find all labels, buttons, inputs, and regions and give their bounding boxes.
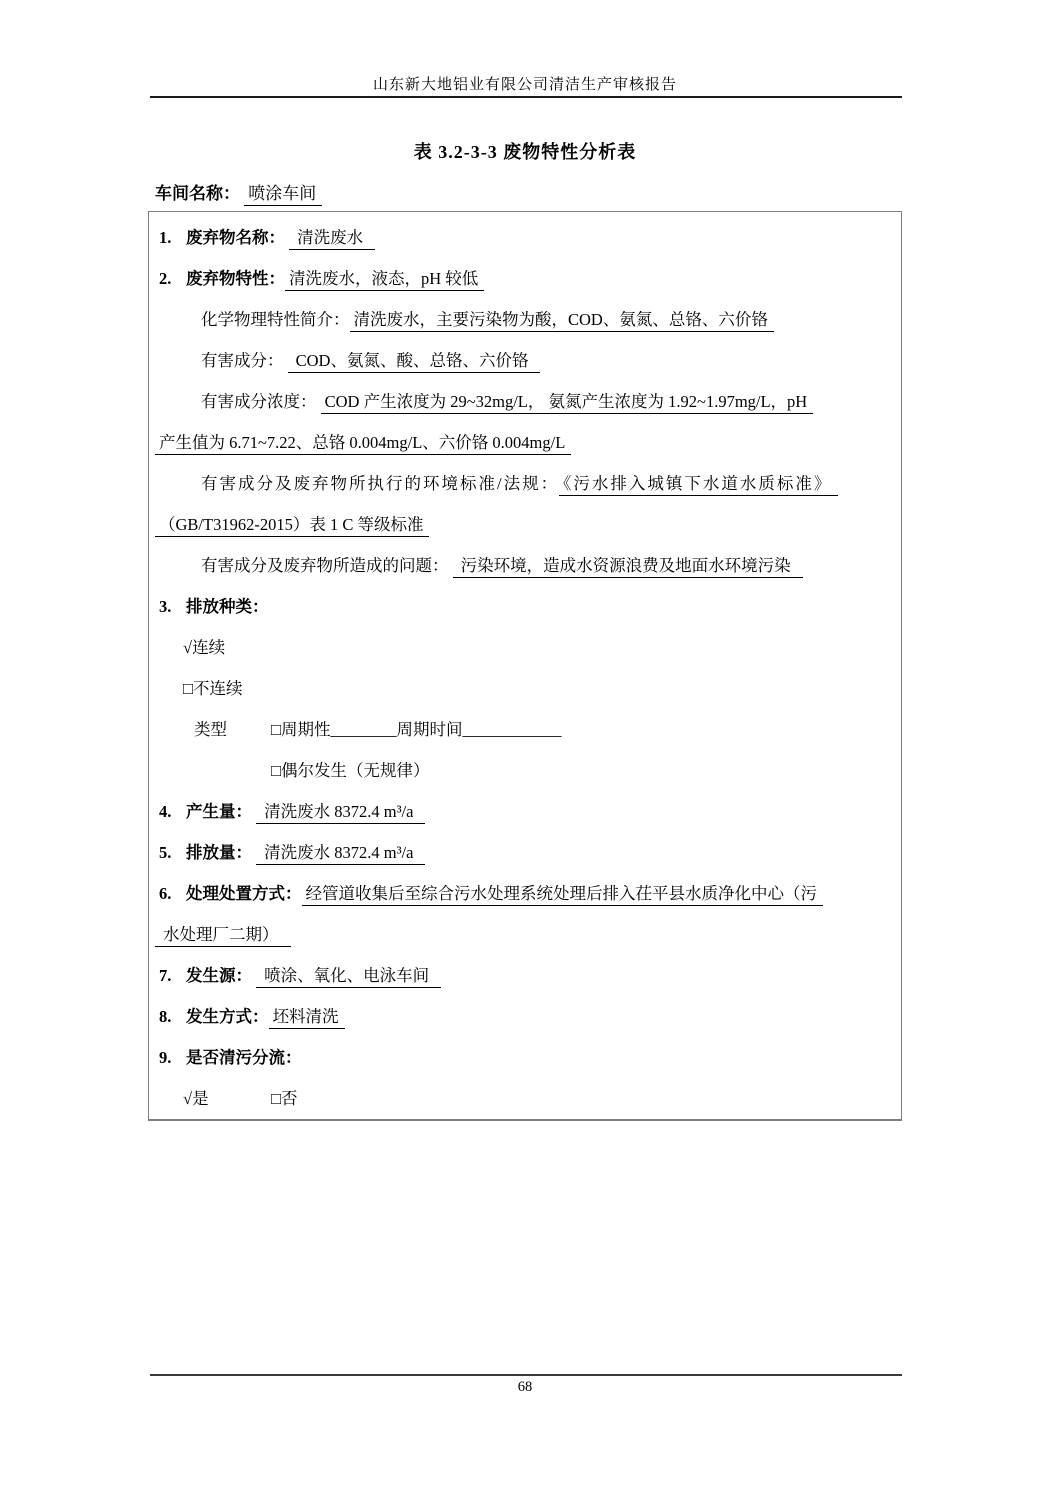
field-value: 水处理厂二期） xyxy=(155,925,291,947)
field-value: 清洗废水 xyxy=(289,228,375,250)
option-label: 不连续 xyxy=(193,679,243,698)
field-label: 处理处置方式： xyxy=(186,884,302,903)
field-label: 有害成分及废弃物所造成的问题： xyxy=(201,556,449,575)
table-row-discontinuous-option: □不连续 xyxy=(149,668,901,709)
table-row-chem-physical-intro: 化学物理特性简介：清洗废水，主要污染物为酸，COD、氨氮、总铬、六价铬 xyxy=(149,299,901,340)
field-label: 产生量： xyxy=(186,802,252,821)
field-value: 清洗废水，液态，pH 较低 xyxy=(285,269,484,291)
table-row-problems-caused: 有害成分及废弃物所造成的问题： 污染环境，造成水资源浪费及地面水环境污染 xyxy=(149,545,901,586)
field-value: 坯料清洗 xyxy=(269,1007,345,1029)
footer-divider xyxy=(150,1374,902,1376)
table-row-generation-source: 7.发生源： 喷涂、氧化、电泳车间 xyxy=(149,955,901,996)
field-value: 喷涂、氧化、电泳车间 xyxy=(256,966,441,988)
field-label: 发生源： xyxy=(186,966,252,985)
field-label: 排放种类： xyxy=(186,597,269,616)
report-header: 山东新大地铝业有限公司清洁生产审核报告 xyxy=(0,73,1050,94)
checkbox-icon: □ xyxy=(271,761,281,780)
header-divider xyxy=(150,96,902,98)
blank-line: ________ xyxy=(330,720,396,739)
field-value: 清洗废水 8372.4 m³/a xyxy=(256,802,425,824)
table-row-generation-amount: 4.产生量： 清洗废水 8372.4 m³/a xyxy=(149,791,901,832)
table-row-treatment-method: 6.处理处置方式：经管道收集后至综合污水处理系统处理后排入茌平县水质净化中心（污 xyxy=(149,873,901,914)
checkbox-icon: □ xyxy=(271,1089,281,1108)
option-label: 否 xyxy=(281,1089,298,1108)
yes-option: √是 xyxy=(183,1078,271,1119)
checkmark-icon: √ xyxy=(183,1089,192,1108)
field-label: 有害成分： xyxy=(201,351,284,370)
item-number: 5. xyxy=(159,832,186,873)
document-page: 山东新大地铝业有限公司清洁生产审核报告 表 3.2-3-3 废物特性分析表 车间… xyxy=(0,0,1050,1485)
workshop-name-line: 车间名称： 喷涂车间 xyxy=(155,179,322,204)
field-label: 排放量： xyxy=(186,843,252,862)
table-row-generation-mode: 8.发生方式：坯料清洗 xyxy=(149,996,901,1037)
option-label: 周期性 xyxy=(281,720,331,739)
table-row-concentration-continued: 产生值为 6.71~7.22、总铬 0.004mg/L、六价铬 0.004mg/… xyxy=(149,422,901,463)
field-label: 废弃物特性： xyxy=(186,269,285,288)
item-number: 6. xyxy=(159,873,186,914)
table-row-treatment-continued: 水处理厂二期） xyxy=(149,914,901,955)
waste-analysis-table: 1.废弃物名称： 清洗废水 2.废弃物特性：清洗废水，液态，pH 较低 化学物理… xyxy=(148,211,902,1121)
item-number: 7. xyxy=(159,955,186,996)
checkmark-icon: √ xyxy=(183,638,192,657)
option-label: 连续 xyxy=(192,638,225,657)
table-row-clean-sewage-diversion: 9.是否清污分流： xyxy=(149,1037,901,1078)
field-label: 类型 xyxy=(194,709,271,750)
table-row-discharge-type: 3.排放种类： xyxy=(149,586,901,627)
blank-line: ____________ xyxy=(462,720,561,739)
page-number: 68 xyxy=(0,1379,1050,1396)
field-label: 发生方式： xyxy=(186,1007,269,1026)
table-row-standard-continued: （GB/T31962-2015）表 1 C 等级标准 xyxy=(149,504,901,545)
table-row-environment-standard: 有害成分及废弃物所执行的环境标准/法规：《污水排入城镇下水道水质标准》 xyxy=(149,463,901,504)
item-number: 3. xyxy=(159,586,186,627)
table-row-harmful-components: 有害成分： COD、氨氮、酸、总铬、六价铬 xyxy=(149,340,901,381)
table-row-type-periodic: 类型□周期性________周期时间____________ xyxy=(149,709,901,750)
item-number: 2. xyxy=(159,258,186,299)
table-row-occasional-option: □偶尔发生（无规律） xyxy=(149,750,901,791)
table-row-waste-name: 1.废弃物名称： 清洗废水 xyxy=(149,217,901,258)
table-row-yes-no-options: √是□否 xyxy=(149,1078,901,1119)
field-label: 有害成分浓度： xyxy=(201,392,317,411)
field-value: COD 产生浓度为 29~32mg/L， 氨氮产生浓度为 1.92~1.97mg… xyxy=(321,392,814,414)
checkbox-icon: □ xyxy=(183,679,193,698)
item-number: 4. xyxy=(159,791,186,832)
field-label: 废弃物名称： xyxy=(186,228,285,247)
workshop-value: 喷涂车间 xyxy=(244,184,322,206)
option-label: 是 xyxy=(192,1089,209,1108)
table-title: 表 3.2-3-3 废物特性分析表 xyxy=(0,138,1050,164)
item-number: 8. xyxy=(159,996,186,1037)
option-label: 周期时间 xyxy=(396,720,462,739)
table-row-continuous-option: √连续 xyxy=(149,627,901,668)
option-label: 偶尔发生（无规律） xyxy=(281,761,430,780)
field-value: COD、氨氮、酸、总铬、六价铬 xyxy=(288,351,541,373)
field-value: 产生值为 6.71~7.22、总铬 0.004mg/L、六价铬 0.004mg/… xyxy=(155,433,571,455)
field-label: 是否清污分流： xyxy=(186,1048,302,1067)
field-value: 《污水排入城镇下水道水质标准》 xyxy=(559,474,838,496)
field-value: 清洗废水 8372.4 m³/a xyxy=(256,843,425,865)
no-option: □否 xyxy=(271,1089,297,1108)
item-number: 9. xyxy=(159,1037,186,1078)
checkbox-icon: □ xyxy=(271,720,281,739)
field-value: （GB/T31962-2015）表 1 C 等级标准 xyxy=(155,515,429,537)
table-row-harmful-concentration: 有害成分浓度： COD 产生浓度为 29~32mg/L， 氨氮产生浓度为 1.9… xyxy=(149,381,901,422)
workshop-label: 车间名称： xyxy=(155,184,240,203)
field-value: 污染环境，造成水资源浪费及地面水环境污染 xyxy=(453,556,803,578)
field-value: 清洗废水，主要污染物为酸，COD、氨氮、总铬、六价铬 xyxy=(350,310,774,332)
field-label: 有害成分及废弃物所执行的环境标准/法规： xyxy=(155,474,559,493)
item-number: 1. xyxy=(159,217,186,258)
table-row-waste-property: 2.废弃物特性：清洗废水，液态，pH 较低 xyxy=(149,258,901,299)
field-label: 化学物理特性简介： xyxy=(201,310,350,329)
field-value: 经管道收集后至综合污水处理系统处理后排入茌平县水质净化中心（污 xyxy=(302,884,824,906)
table-row-discharge-amount: 5.排放量： 清洗废水 8372.4 m³/a xyxy=(149,832,901,873)
